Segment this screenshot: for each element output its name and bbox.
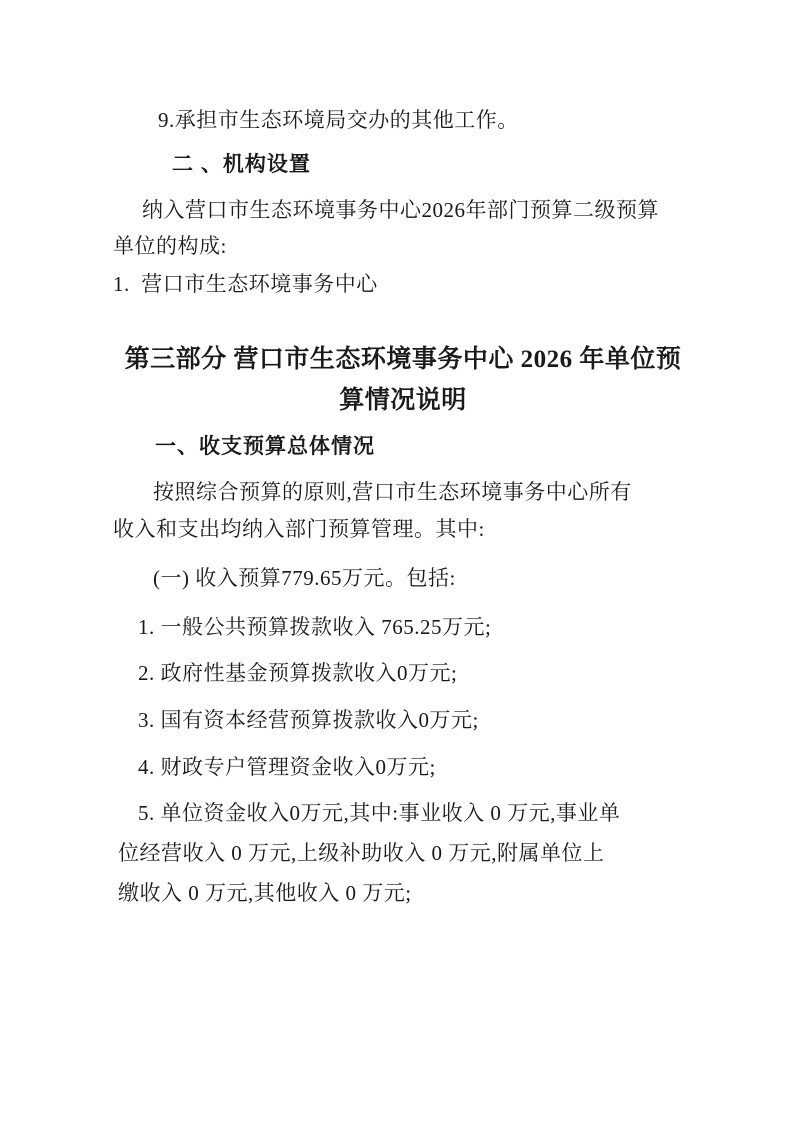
organization-paragraph: 纳入营口市生态环境事务中心2026年部门预算二级预算 单位的构成: — [113, 192, 693, 264]
income-item-4: 4. 财政专户管理资金收入0万元; — [113, 748, 693, 786]
income-item-2: 2. 政府性基金预算拨款收入0万元; — [113, 654, 693, 692]
income-item-5: 5. 单位资金收入0万元,其中:事业收入 0 万元,事业单 位经营收入 0 万元… — [113, 793, 693, 913]
part3-title-line2: 算情况说明 — [113, 380, 693, 421]
budget-overview-paragraph: 按照综合预算的原则,营口市生态环境事务中心所有 收入和支出均纳入部门预算管理。其… — [113, 474, 693, 548]
budget-overview-paragraph-line2: 收入和支出均纳入部门预算管理。其中: — [113, 511, 693, 548]
income-item-3: 3. 国有资本经营预算拨款收入0万元; — [113, 701, 693, 739]
income-item-5-line2: 位经营收入 0 万元,上级补助收入 0 万元,附属单位上 — [113, 833, 693, 873]
part3-title: 第三部分 营口市生态环境事务中心 2026 年单位预 算情况说明 — [113, 339, 693, 421]
income-budget-summary: (一) 收入预算779.65万元。包括: — [113, 559, 693, 597]
section-heading-organization-setup: 二 、机构设置 — [113, 146, 693, 184]
income-item-5-line3: 缴收入 0 万元,其他收入 0 万元; — [113, 873, 693, 913]
part3-title-line1: 第三部分 营口市生态环境事务中心 2026 年单位预 — [113, 339, 693, 380]
duty-item-9: 9.承担市生态环境局交办的其他工作。 — [113, 101, 693, 139]
organization-paragraph-line1: 纳入营口市生态环境事务中心2026年部门预算二级预算 — [113, 192, 693, 228]
organization-unit-item-1: 1. 营口市生态环境事务中心 — [113, 265, 693, 303]
section-heading-budget-overview: 一、收支预算总体情况 — [113, 428, 693, 466]
organization-paragraph-line2: 单位的构成: — [113, 228, 693, 264]
income-item-5-line1: 5. 单位资金收入0万元,其中:事业收入 0 万元,事业单 — [113, 793, 693, 833]
document-page: 9.承担市生态环境局交办的其他工作。 二 、机构设置 纳入营口市生态环境事务中心… — [0, 0, 793, 1122]
income-item-1: 1. 一般公共预算拨款收入 765.25万元; — [113, 608, 693, 646]
budget-overview-paragraph-line1: 按照综合预算的原则,营口市生态环境事务中心所有 — [113, 474, 693, 511]
